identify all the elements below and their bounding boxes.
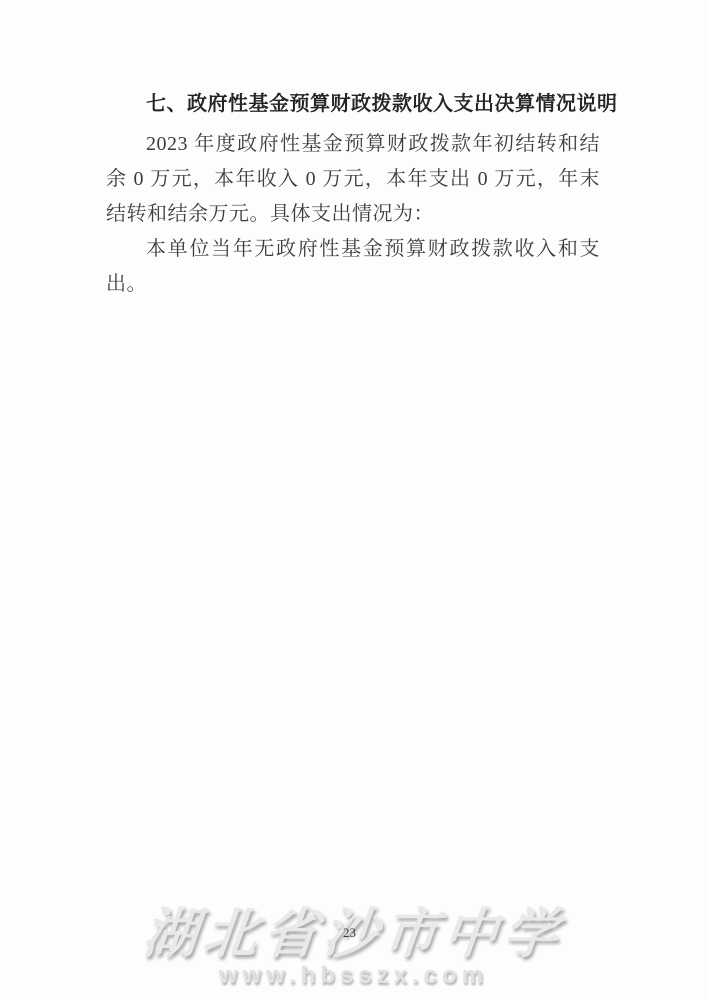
section-heading: 七、政府性基金预算财政拨款收入支出决算情况说明 <box>106 90 600 118</box>
watermark-site-url: www.hbsszx.com <box>0 963 707 989</box>
page-number: 23 <box>343 925 356 941</box>
paragraph-no-funds-note: 本单位当年无政府性基金预算财政拨款收入和支出。 <box>106 232 600 302</box>
paragraph-budget-summary: 2023 年度政府性基金预算财政拨款年初结转和结余 0 万元，本年收入 0 万元… <box>106 127 600 232</box>
page-content: 七、政府性基金预算财政拨款收入支出决算情况说明 2023 年度政府性基金预算财政… <box>106 0 600 302</box>
watermark: 湖北省沙市中学 www.hbsszx.com <box>0 905 707 989</box>
document-page: 七、政府性基金预算财政拨款收入支出决算情况说明 2023 年度政府性基金预算财政… <box>0 0 707 1000</box>
